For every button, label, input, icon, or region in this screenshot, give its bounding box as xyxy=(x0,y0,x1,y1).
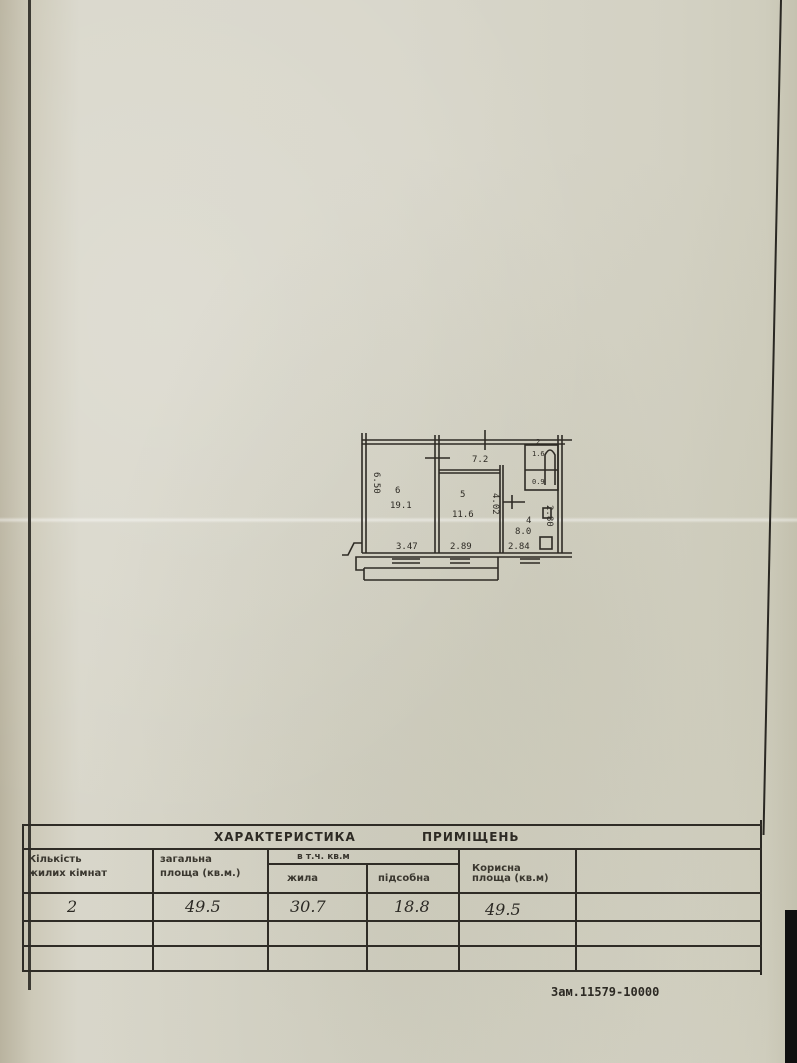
room-4-width: 2.84 xyxy=(508,543,530,552)
header-text: жилих кімнат xyxy=(28,867,107,881)
table-line xyxy=(22,920,762,922)
table-line xyxy=(366,863,368,972)
header-text: площа (кв.м) xyxy=(472,874,549,884)
table-line xyxy=(22,945,762,947)
room-5-number: 5 xyxy=(460,491,465,500)
room-3-area: 0.9 xyxy=(532,479,545,486)
table-line xyxy=(267,863,459,865)
room-5-width: 2.89 xyxy=(450,543,472,552)
header-text: Кількість xyxy=(28,853,107,867)
room-6-area: 19.1 xyxy=(390,502,412,511)
header-rooms-count: Кількість жилих кімнат xyxy=(28,853,107,880)
room-6-number: 6 xyxy=(395,487,400,496)
table-border-bottom xyxy=(22,970,762,972)
room-1-area: 7.2 xyxy=(472,456,488,465)
table-line xyxy=(22,848,762,850)
room-2-area: 1.6 xyxy=(532,451,545,458)
table-line xyxy=(152,848,154,972)
room-4-length: 2.80 xyxy=(544,505,553,527)
room-5-length: 4.02 xyxy=(490,493,499,515)
header-auxiliary: підсобна xyxy=(378,872,430,886)
characteristics-table: ХАРАКТЕРИСТИКА ПРИМІЩЕНЬ Кількість жилих… xyxy=(22,824,762,974)
table-line xyxy=(458,848,460,972)
value-living: 30.7 xyxy=(290,897,326,916)
room-5-area: 11.6 xyxy=(452,511,474,520)
room-4-area: 8.0 xyxy=(515,528,531,537)
value-auxiliary: 18.8 xyxy=(394,897,430,916)
room-2-number: 2 xyxy=(536,439,540,446)
header-text: загальна xyxy=(160,853,240,867)
header-useful-area: Корисна площа (кв.м) xyxy=(472,864,549,884)
room-4-number: 4 xyxy=(526,517,531,526)
order-number: Зам.11579-10000 xyxy=(551,985,659,999)
table-title-right: ПРИМІЩЕНЬ xyxy=(422,830,520,844)
header-text: площа (кв.м.) xyxy=(160,867,240,881)
value-total-area: 49.5 xyxy=(185,897,221,916)
table-line xyxy=(22,824,24,972)
header-total-area: загальна площа (кв.м.) xyxy=(160,853,240,880)
table-border-top xyxy=(22,824,762,826)
header-living: жила xyxy=(287,872,318,886)
table-line xyxy=(575,848,577,972)
value-useful-area: 49.5 xyxy=(485,900,521,919)
table-line xyxy=(267,848,269,972)
table-line xyxy=(22,892,762,894)
header-including: в т.ч. кв.м xyxy=(297,851,350,863)
floor-plan: 6 19.1 6.50 3.47 5 11.6 4.02 2.89 4 8.0 … xyxy=(340,425,580,585)
room-6-length: 6.50 xyxy=(371,472,380,494)
value-rooms-count: 2 xyxy=(67,897,77,916)
table-title-left: ХАРАКТЕРИСТИКА xyxy=(214,830,356,844)
room-6-width: 3.47 xyxy=(396,543,418,552)
document-edge-shadow xyxy=(785,910,797,1063)
